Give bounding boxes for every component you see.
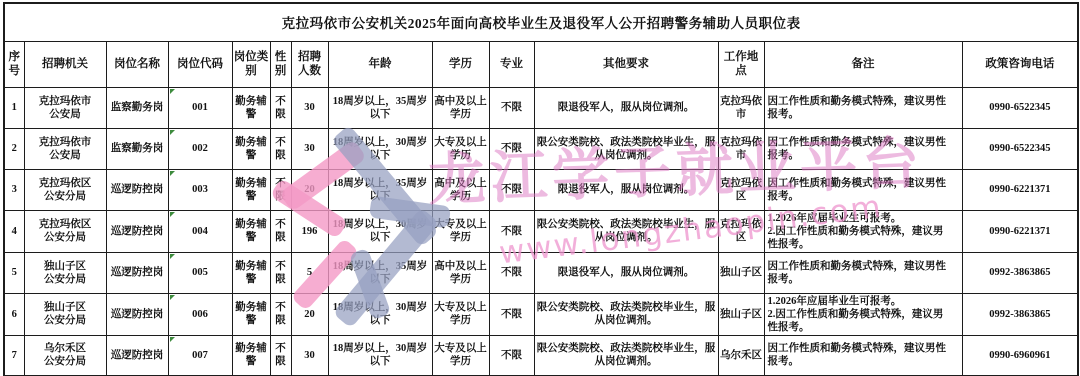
cell-headcount: 196 [291, 210, 328, 252]
cell-error-flag-icon [170, 171, 175, 176]
cell-error-flag-icon [170, 254, 175, 259]
cell-error-flag-icon [170, 295, 175, 300]
cell-text: 限退役军人，服从岗位调剂。 [558, 184, 695, 195]
cell-text: 高中及以上 学历 [434, 261, 487, 285]
cell-location: 乌尔禾区 [718, 335, 764, 376]
cell-text: 不限 [275, 96, 286, 120]
cell-text: 克拉玛依 区 [720, 219, 762, 243]
cell-text: 18周岁以上，30周岁 以下 [333, 302, 428, 326]
cell-text: 巡逻防控岗 [111, 309, 164, 320]
table-title: 克拉玛依市公安机关2025年面向高校毕业生及退役军人公开招聘警务辅助人员职位表 [4, 3, 1078, 41]
cell-text: 30 [304, 102, 315, 113]
cell-text: 5 [307, 267, 312, 278]
cell-education: 高中及以上 学历 [432, 169, 489, 210]
cell-text: 巡逻防控岗 [111, 184, 164, 195]
cell-post-code: 007 [168, 335, 232, 376]
cell-text: 勤务辅警 [235, 343, 267, 367]
cell-post-name: 监察勤务岗 [106, 87, 168, 128]
col-header-post-code: 岗位代码 [168, 41, 232, 87]
cell-text: 004 [192, 226, 208, 237]
cell-category: 勤务辅警 [232, 252, 270, 293]
cell-text: 限公安类院校、政法类院校毕业生，服 从岗位调剂。 [537, 343, 716, 367]
cell-post-code: 006 [168, 293, 232, 335]
cell-text: 不限 [501, 102, 522, 113]
cell-text: 003 [192, 184, 208, 195]
cell-text: 克拉玛依区 公安分局 [39, 178, 92, 202]
cell-post-name: 巡逻防控岗 [106, 293, 168, 335]
cell-phone: 0992-3863865 [962, 293, 1078, 335]
cell-text: 克拉玛依市 公安局 [39, 96, 92, 120]
cell-gender: 不限 [270, 128, 291, 169]
cell-seq: 3 [4, 169, 24, 210]
cell-age: 18周岁以上，35周岁 以下 [328, 252, 432, 293]
cell-remarks: 1.2026年应届毕业生可报考。 2.因工作性质和勤务模式特殊，建议男 性报考。 [764, 210, 962, 252]
cell-location: 克拉玛依 市 [718, 128, 764, 169]
cell-text: 监察勤务岗 [111, 143, 164, 154]
cell-text: 18周岁以上，30周岁 以下 [333, 343, 428, 367]
cell-phone: 0990-6960961 [962, 335, 1078, 376]
cell-text: 因工作性质和勤务模式特殊，建议男性 报考。 [768, 96, 947, 120]
cell-text: 巡逻防控岗 [111, 226, 164, 237]
cell-gender: 不限 [270, 210, 291, 252]
cell-organ: 独山子区 公安分局 [24, 252, 106, 293]
cell-phone: 0990-6522345 [962, 128, 1078, 169]
cell-text: 高中及以上 学历 [434, 96, 487, 120]
cell-education: 大专及以上 学历 [432, 335, 489, 376]
cell-text: 0990-6221371 [989, 184, 1050, 195]
table-header-row: 序号 招聘机关 岗位名称 岗位代码 岗位类别 性别 招聘人数 年龄 学历 专业 … [4, 41, 1078, 87]
cell-text: 独山子区 [720, 267, 762, 278]
cell-text: 监察勤务岗 [111, 102, 164, 113]
cell-text: 2 [12, 143, 17, 154]
cell-text: 因工作性质和勤务模式特殊，建议男性 报考。 [768, 261, 947, 285]
cell-error-flag-icon [170, 337, 175, 342]
cell-text: 克拉玛依 市 [720, 96, 762, 120]
cell-text: 20 [304, 184, 315, 195]
col-header-post-name: 岗位名称 [106, 41, 168, 87]
cell-category: 勤务辅警 [232, 128, 270, 169]
cell-education: 大专及以上 学历 [432, 128, 489, 169]
cell-age: 18周岁以上，30周岁 以下 [328, 335, 432, 376]
cell-text: 4 [12, 226, 17, 237]
cell-major: 不限 [489, 252, 534, 293]
col-header-other-requirements: 其他要求 [534, 41, 718, 87]
col-header-education: 学历 [432, 41, 489, 87]
cell-remarks: 1.2026年应届毕业生可报考。 2.因工作性质和勤务模式特殊，建议男 性报考。 [764, 293, 962, 335]
cell-text: 20 [304, 309, 315, 320]
cell-text: 不限 [275, 219, 286, 243]
cell-text: 克拉玛依 区 [720, 178, 762, 202]
cell-other-requirements: 限退役军人，服从岗位调剂。 [534, 169, 718, 210]
cell-text: 不限 [275, 343, 286, 367]
cell-text: 大专及以上 学历 [434, 343, 487, 367]
cell-gender: 不限 [270, 293, 291, 335]
cell-text: 独山子区 公安分局 [44, 302, 86, 326]
col-header-seq: 序号 [4, 41, 24, 87]
cell-text: 不限 [275, 302, 286, 326]
cell-post-code: 005 [168, 252, 232, 293]
cell-major: 不限 [489, 169, 534, 210]
cell-seq: 5 [4, 252, 24, 293]
cell-text: 5 [12, 267, 17, 278]
cell-major: 不限 [489, 128, 534, 169]
col-header-gender: 性别 [270, 41, 291, 87]
cell-organ: 克拉玛依区 公安分局 [24, 169, 106, 210]
cell-text: 18周岁以上，35周岁 以下 [333, 261, 428, 285]
table-row: 6 独山子区 公安分局 巡逻防控岗 006 勤务辅警 不限 20 18周岁以上，… [4, 293, 1078, 335]
cell-text: 独山子区 公安分局 [44, 261, 86, 285]
cell-text: 巡逻防控岗 [111, 267, 164, 278]
cell-location: 克拉玛依 区 [718, 169, 764, 210]
cell-headcount: 20 [291, 293, 328, 335]
cell-text: 不限 [275, 178, 286, 202]
cell-seq: 7 [4, 335, 24, 376]
table-body: 1 克拉玛依市 公安局 监察勤务岗 001 勤务辅警 不限 30 18周岁以上，… [4, 87, 1078, 376]
cell-text: 限公安类院校、政法类院校毕业生，服 从岗位调剂。 [537, 302, 716, 326]
table-row: 3 克拉玛依区 公安分局 巡逻防控岗 003 勤务辅警 不限 20 18周岁以上… [4, 169, 1078, 210]
cell-organ: 克拉玛依市 公安局 [24, 87, 106, 128]
cell-category: 勤务辅警 [232, 293, 270, 335]
cell-error-flag-icon [170, 212, 175, 217]
cell-major: 不限 [489, 335, 534, 376]
table-row: 4 克拉玛依区 公安分局 巡逻防控岗 004 勤务辅警 不限 196 18周岁以… [4, 210, 1078, 252]
cell-major: 不限 [489, 293, 534, 335]
cell-age: 18周岁以上，30周岁 以下 [328, 293, 432, 335]
cell-gender: 不限 [270, 335, 291, 376]
cell-phone: 0992-3863865 [962, 252, 1078, 293]
cell-gender: 不限 [270, 252, 291, 293]
cell-post-name: 监察勤务岗 [106, 128, 168, 169]
cell-text: 18周岁以上，35周岁 以下 [333, 96, 428, 120]
cell-text: 005 [192, 267, 208, 278]
cell-seq: 4 [4, 210, 24, 252]
cell-text: 大专及以上 学历 [434, 302, 487, 326]
cell-organ: 克拉玛依市 公安局 [24, 128, 106, 169]
cell-location: 独山子区 [718, 293, 764, 335]
cell-text: 0990-6522345 [989, 143, 1050, 154]
col-header-age: 年龄 [328, 41, 432, 87]
cell-other-requirements: 限公安类院校、政法类院校毕业生，服 从岗位调剂。 [534, 335, 718, 376]
cell-category: 勤务辅警 [232, 335, 270, 376]
cell-text: 不限 [275, 137, 286, 161]
cell-major: 不限 [489, 210, 534, 252]
cell-text: 因工作性质和勤务模式特殊，建议男性 报考。 [768, 343, 947, 367]
cell-text: 因工作性质和勤务模式特殊，建议男性 报考。 [768, 178, 947, 202]
cell-phone: 0990-6522345 [962, 87, 1078, 128]
cell-category: 勤务辅警 [232, 87, 270, 128]
cell-post-code: 001 [168, 87, 232, 128]
cell-headcount: 30 [291, 87, 328, 128]
cell-age: 18周岁以上，35周岁 以下 [328, 169, 432, 210]
cell-text: 007 [192, 350, 208, 361]
cell-seq: 1 [4, 87, 24, 128]
cell-location: 克拉玛依 市 [718, 87, 764, 128]
cell-text: 3 [12, 184, 17, 195]
cell-headcount: 20 [291, 169, 328, 210]
cell-education: 高中及以上 学历 [432, 252, 489, 293]
cell-text: 高中及以上 学历 [434, 178, 487, 202]
cell-gender: 不限 [270, 169, 291, 210]
cell-text: 限公安类院校、政法类院校毕业生，服 从岗位调剂。 [537, 219, 716, 243]
cell-post-code: 004 [168, 210, 232, 252]
cell-location: 独山子区 [718, 252, 764, 293]
col-header-organ: 招聘机关 [24, 41, 106, 87]
cell-organ: 独山子区 公安分局 [24, 293, 106, 335]
cell-text: 克拉玛依 市 [720, 137, 762, 161]
cell-education: 高中及以上 学历 [432, 87, 489, 128]
cell-text: 不限 [501, 350, 522, 361]
cell-text: 0990-6960961 [989, 350, 1050, 361]
cell-other-requirements: 限公安类院校、政法类院校毕业生，服 从岗位调剂。 [534, 128, 718, 169]
cell-remarks: 因工作性质和勤务模式特殊，建议男性 报考。 [764, 335, 962, 376]
cell-location: 克拉玛依 区 [718, 210, 764, 252]
cell-other-requirements: 限公安类院校、政法类院校毕业生，服 从岗位调剂。 [534, 210, 718, 252]
cell-post-name: 巡逻防控岗 [106, 169, 168, 210]
cell-text: 限退役军人，服从岗位调剂。 [558, 267, 695, 278]
col-header-remarks: 备注 [764, 41, 962, 87]
cell-text: 不限 [501, 309, 522, 320]
cell-text: 乌尔禾区 [720, 350, 762, 361]
cell-text: 7 [12, 350, 17, 361]
cell-text: 勤务辅警 [235, 178, 267, 202]
table-row: 2 克拉玛依市 公安局 监察勤务岗 002 勤务辅警 不限 30 18周岁以上，… [4, 128, 1078, 169]
cell-post-code: 002 [168, 128, 232, 169]
cell-major: 不限 [489, 87, 534, 128]
cell-text: 1.2026年应届毕业生可报考。 2.因工作性质和勤务模式特殊，建议男 性报考。 [768, 213, 944, 250]
cell-remarks: 因工作性质和勤务模式特殊，建议男性 报考。 [764, 169, 962, 210]
cell-text: 独山子区 [720, 309, 762, 320]
cell-post-name: 巡逻防控岗 [106, 210, 168, 252]
cell-text: 乌尔禾区 公安分局 [44, 343, 86, 367]
cell-post-name: 巡逻防控岗 [106, 252, 168, 293]
cell-text: 因工作性质和勤务模式特殊，建议男性 报考。 [768, 137, 947, 161]
cell-education: 大专及以上 学历 [432, 210, 489, 252]
cell-text: 18周岁以上，30周岁 以下 [333, 219, 428, 243]
cell-post-code: 003 [168, 169, 232, 210]
cell-text: 不限 [501, 143, 522, 154]
cell-text: 不限 [501, 267, 522, 278]
cell-category: 勤务辅警 [232, 210, 270, 252]
table-title-row: 克拉玛依市公安机关2025年面向高校毕业生及退役军人公开招聘警务辅助人员职位表 [4, 3, 1078, 41]
cell-other-requirements: 限退役军人，服从岗位调剂。 [534, 87, 718, 128]
cell-text: 巡逻防控岗 [111, 350, 164, 361]
col-header-major: 专业 [489, 41, 534, 87]
cell-seq: 6 [4, 293, 24, 335]
cell-text: 不限 [501, 184, 522, 195]
cell-text: 不限 [275, 261, 286, 285]
cell-text: 18周岁以上，30周岁 以下 [333, 137, 428, 161]
cell-text: 18周岁以上，35周岁 以下 [333, 178, 428, 202]
cell-text: 1.2026年应届毕业生可报考。 2.因工作性质和勤务模式特殊，建议男 性报考。 [768, 296, 944, 333]
job-position-table: 克拉玛依市公安机关2025年面向高校毕业生及退役军人公开招聘警务辅助人员职位表 … [3, 2, 1079, 376]
col-header-category: 岗位类别 [232, 41, 270, 87]
cell-text: 勤务辅警 [235, 261, 267, 285]
col-header-phone: 政策咨询电话 [962, 41, 1078, 87]
cell-remarks: 因工作性质和勤务模式特殊，建议男性 报考。 [764, 252, 962, 293]
cell-text: 30 [304, 350, 315, 361]
cell-remarks: 因工作性质和勤务模式特殊，建议男性 报考。 [764, 128, 962, 169]
table-row: 5 独山子区 公安分局 巡逻防控岗 005 勤务辅警 不限 5 18周岁以上，3… [4, 252, 1078, 293]
cell-phone: 0990-6221371 [962, 210, 1078, 252]
cell-text: 30 [304, 143, 315, 154]
cell-text: 勤务辅警 [235, 219, 267, 243]
cell-text: 002 [192, 143, 208, 154]
cell-text: 0990-6522345 [989, 102, 1050, 113]
cell-text: 0990-6221371 [989, 226, 1050, 237]
cell-text: 001 [192, 102, 208, 113]
cell-text: 大专及以上 学历 [434, 137, 487, 161]
col-header-location: 工作地点 [718, 41, 764, 87]
cell-error-flag-icon [170, 89, 175, 94]
cell-error-flag-icon [170, 130, 175, 135]
cell-headcount: 30 [291, 335, 328, 376]
cell-organ: 克拉玛依区 公安分局 [24, 210, 106, 252]
cell-text: 勤务辅警 [235, 302, 267, 326]
cell-text: 限公安类院校、政法类院校毕业生，服 从岗位调剂。 [537, 137, 716, 161]
cell-age: 18周岁以上，35周岁 以下 [328, 87, 432, 128]
cell-gender: 不限 [270, 87, 291, 128]
cell-text: 勤务辅警 [235, 96, 267, 120]
cell-text: 0992-3863865 [989, 267, 1050, 278]
cell-phone: 0990-6221371 [962, 169, 1078, 210]
col-header-headcount: 招聘人数 [291, 41, 328, 87]
table-row: 7 乌尔禾区 公安分局 巡逻防控岗 007 勤务辅警 不限 30 18周岁以上，… [4, 335, 1078, 376]
cell-education: 大专及以上 学历 [432, 293, 489, 335]
cell-headcount: 5 [291, 252, 328, 293]
cell-organ: 乌尔禾区 公安分局 [24, 335, 106, 376]
cell-text: 克拉玛依区 公安分局 [39, 219, 92, 243]
cell-seq: 2 [4, 128, 24, 169]
cell-text: 0992-3863865 [989, 309, 1050, 320]
cell-other-requirements: 限公安类院校、政法类院校毕业生，服 从岗位调剂。 [534, 293, 718, 335]
cell-text: 克拉玛依市 公安局 [39, 137, 92, 161]
cell-text: 6 [12, 309, 17, 320]
cell-text: 大专及以上 学历 [434, 219, 487, 243]
cell-remarks: 因工作性质和勤务模式特殊，建议男性 报考。 [764, 87, 962, 128]
cell-text: 1 [12, 102, 17, 113]
table-row: 1 克拉玛依市 公安局 监察勤务岗 001 勤务辅警 不限 30 18周岁以上，… [4, 87, 1078, 128]
cell-text: 006 [192, 309, 208, 320]
cell-other-requirements: 限退役军人，服从岗位调剂。 [534, 252, 718, 293]
cell-text: 勤务辅警 [235, 137, 267, 161]
cell-age: 18周岁以上，30周岁 以下 [328, 210, 432, 252]
cell-category: 勤务辅警 [232, 169, 270, 210]
cell-text: 196 [302, 226, 318, 237]
cell-headcount: 30 [291, 128, 328, 169]
cell-post-name: 巡逻防控岗 [106, 335, 168, 376]
cell-text: 不限 [501, 226, 522, 237]
cell-text: 限退役军人，服从岗位调剂。 [558, 102, 695, 113]
cell-age: 18周岁以上，30周岁 以下 [328, 128, 432, 169]
